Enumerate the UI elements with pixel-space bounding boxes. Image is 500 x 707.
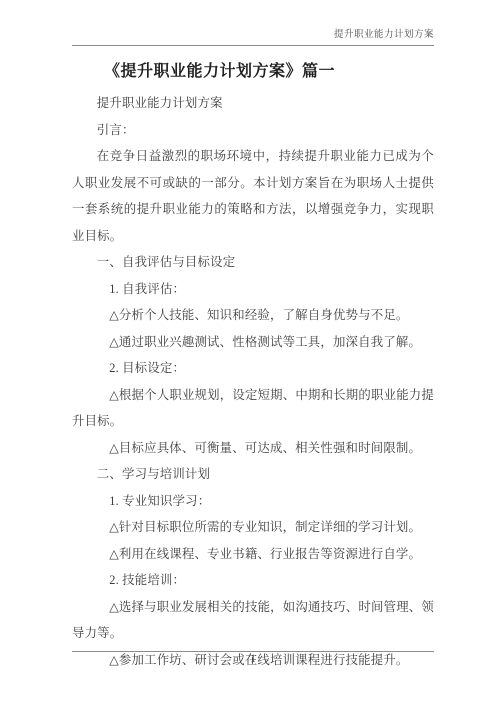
- paragraph: 提升职业能力计划方案: [72, 90, 434, 117]
- paragraph: △根据个人职业规划，设定短期、中期和长期的职业能力提升目标。: [72, 382, 434, 435]
- document-page: 提升职业能力计划方案 《提升职业能力计划方案》篇一 提升职业能力计划方案引言：在…: [0, 0, 500, 707]
- paragraph: 2. 技能培训：: [72, 567, 434, 594]
- paragraph: △利用在线课程、专业书籍、行业报告等资源进行自学。: [72, 541, 434, 568]
- paragraph: 引言：: [72, 117, 434, 144]
- paragraph: △针对目标职位所需的专业知识，制定详细的学习计划。: [72, 514, 434, 541]
- paragraph: △目标应具体、可衡量、可达成、相关性强和时间限制。: [72, 435, 434, 462]
- paragraph: △选择与职业发展相关的技能，如沟通技巧、时间管理、领导力等。: [72, 594, 434, 647]
- paragraph: 一、自我评估与目标设定: [72, 249, 434, 276]
- document-body: 提升职业能力计划方案引言：在竞争日益激烈的职场环境中，持续提升职业能力已成为个人…: [72, 90, 434, 673]
- paragraph: 1. 专业知识学习：: [72, 488, 434, 515]
- page-header-text: 提升职业能力计划方案: [72, 26, 434, 40]
- document-title: 《提升职业能力计划方案》篇一: [72, 58, 434, 81]
- paragraph: △分析个人技能、知识和经验，了解自身优势与不足。: [72, 302, 434, 329]
- paragraph: 1. 自我评估：: [72, 276, 434, 303]
- paragraph: 在竞争日益激烈的职场环境中，持续提升职业能力已成为个人职业发展不可或缺的一部分。…: [72, 143, 434, 249]
- paragraph: 二、学习与培训计划: [72, 461, 434, 488]
- footer-rule: [72, 651, 434, 652]
- header-rule: [72, 45, 434, 46]
- paragraph: 2. 目标设定：: [72, 355, 434, 382]
- paragraph: △通过职业兴趣测试、性格测试等工具，加深自我了解。: [72, 329, 434, 356]
- page-number: 1: [72, 653, 434, 665]
